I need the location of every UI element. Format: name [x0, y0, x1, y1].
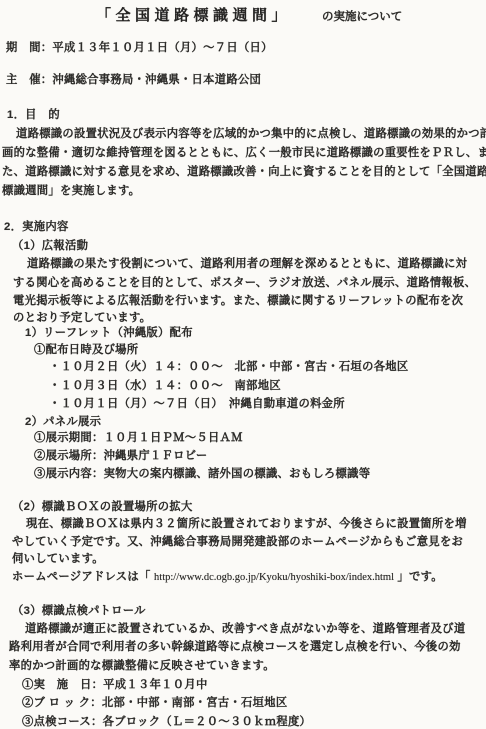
organizer-line: 主 催：沖縄総合事務局・沖縄県・日本道路公団 [6, 74, 261, 87]
signbox-paragraph-line-3: 伺いしています。 [12, 553, 104, 566]
section-2-heading: 2．実施内容 [4, 221, 69, 234]
purpose-paragraph-line-4: 標識週間」を実施します。 [2, 185, 140, 198]
homepage-url: http://www.dc.ogb.go.jp/Kyoku/hyoshiki-b… [154, 572, 394, 583]
patrol-paragraph-line-1: 道路標識が適正に設置されているか、改善すべき点がないか等を、道路管理者及び道 [25, 623, 465, 636]
patrol-detail-1: ①実 施 日：平成１３年１０月中 [22, 679, 208, 692]
leaflet-heading: 1）リーフレット（沖縄版）配布 [25, 327, 193, 340]
document-title-main: 「全国道路標識週間」 [96, 7, 291, 24]
section-1-heading: 1．目 的 [7, 109, 60, 122]
leaflet-schedule-heading: ①配布日時及び場所 [34, 344, 138, 357]
panel-heading: 2）パネル展示 [25, 416, 101, 429]
pr-paragraph-line-1: 道路標識の果たす役割について、道路利用者の理解を深めるとともに、道路標識に対 [27, 258, 467, 271]
purpose-paragraph-line-2: 画的な整備・適切な維持管理を図るとともに、広く一般市民に道路標識の重要性をＰＲし… [2, 147, 486, 160]
patrol-detail-2: ②ブ ロ ッ ク：北部・中部・南部・宮古・石垣地区 [22, 697, 287, 710]
leaflet-schedule-item-1: ・１０月２日（火）１４：００～ 北部・中部・宮古・石垣の各地区 [49, 361, 409, 374]
signbox-paragraph-line-2: やしていく予定です。又、沖縄総合事務局開発建設部のホームページからもご意見をお [12, 536, 463, 549]
pr-paragraph-line-4: のとおり予定しています。 [13, 312, 151, 325]
patrol-paragraph-line-3: 率的かつ計画的な標識整備に反映させていきます。 [9, 660, 275, 673]
panel-detail-1: ①展示期間：１０月１日ＰＭ～５日ＡＭ [34, 432, 243, 445]
signbox-paragraph-line-1: 現在、標識ＢＯＸは県内３２箇所に設置されておりますが、今後さらに設置箇所を増 [26, 518, 467, 531]
panel-detail-3: ③展示内容：実物大の案内標識、諸外国の標識、おもしろ標識等 [34, 468, 370, 481]
period-line: 期 間：平成１３年１０月１日（月）～７日（日） [6, 42, 273, 55]
homepage-url-suffix: 」です。 [394, 571, 443, 583]
pr-paragraph-line-2: する関心を高めることを目的として、ポスター、ラジオ放送、パネル展示、道路情報板、 [13, 277, 476, 290]
purpose-paragraph-line-1: 道路標識の設置状況及び表示内容等を広域的かつ集中的に点検し、道路標識の効果的かつ… [16, 128, 486, 141]
panel-detail-2: ②展示場所：沖縄県庁１Ｆロビー [34, 450, 208, 463]
leaflet-schedule-item-3: ・１０月１日（月）～７日（日） 沖縄自動車道の料金所 [49, 398, 345, 411]
homepage-url-prefix: ホームページアドレスは「 [12, 571, 154, 583]
pr-paragraph-line-3: 電光掲示板等による広報活動を行います。また、標識に関するリーフレットの配布を次 [13, 295, 463, 308]
subsection-1-heading: （1）広報活動 [12, 240, 88, 253]
subsection-2-heading: （2）標識ＢＯＸの設置場所の拡大 [12, 501, 193, 514]
scanned-document-page: 「全国道路標識週間」 の実施について 期 間：平成１３年１０月１日（月）～７日（… [0, 0, 486, 729]
document-title-suffix: の実施について [322, 11, 402, 24]
subsection-3-heading: （3）標識点検パトロール [12, 605, 146, 618]
patrol-paragraph-line-2: 路利用者が合同で利用者の多い幹線道路等に点検コースを選定し点検を行い、今後の効 [9, 641, 461, 654]
purpose-paragraph-line-3: た、道路標識に対する意見を求め、道路標識改善・向上に資することを目的として「全国… [2, 166, 486, 179]
homepage-url-line: ホームページアドレスは「 http://www.dc.ogb.go.jp/Kyo… [12, 571, 443, 584]
patrol-detail-3: ③点検コース：各ブロック（Ｌ＝２０～３０ｋｍ程度） [22, 716, 311, 729]
leaflet-schedule-item-2: ・１０月３日（水）１４：００～ 南部地区 [49, 380, 281, 393]
